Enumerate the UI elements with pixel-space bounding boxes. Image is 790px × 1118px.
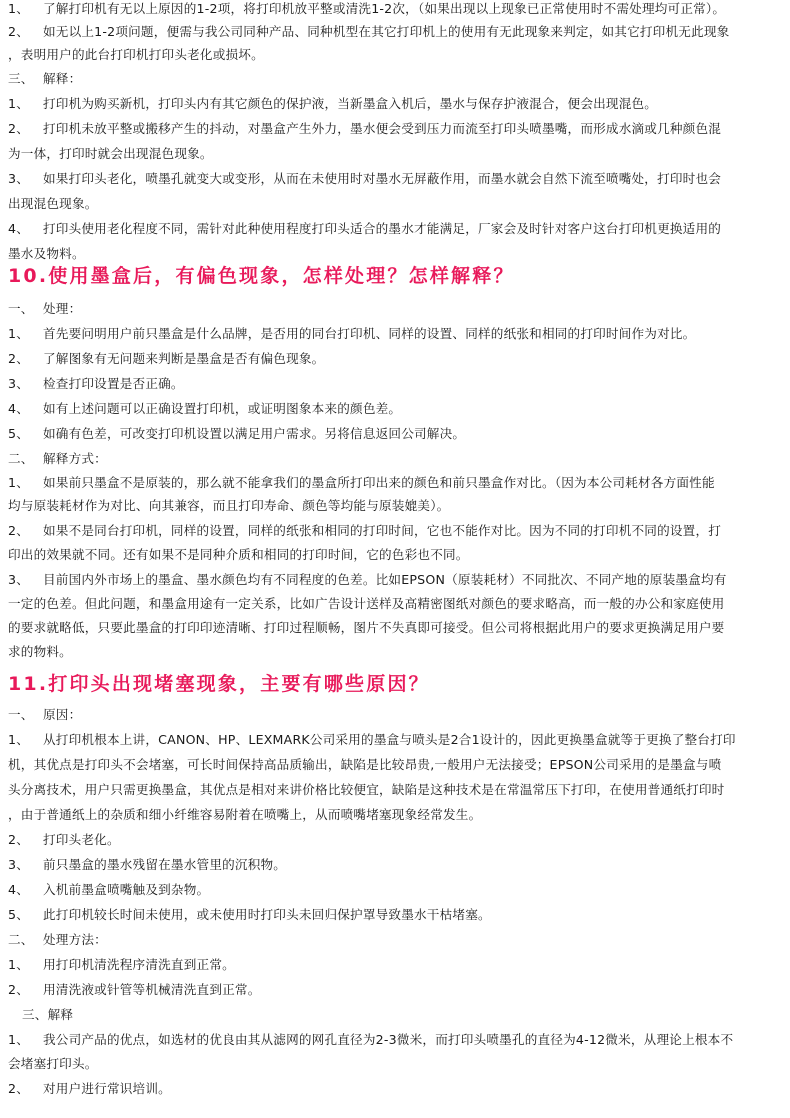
- section-label: 一、原因：: [8, 706, 782, 724]
- item-text: 用清洗液或针管等机械清洗直到正常。: [43, 982, 261, 997]
- item-number: 2、: [8, 981, 43, 999]
- item-number: 1、: [8, 956, 43, 974]
- item-text: 头分离技术，用户只需更换墨盒，其优点是相对来讲价格比较便宜，缺陷是这种技术是在常…: [8, 782, 724, 797]
- list-item: 2、用清洗液或针管等机械清洗直到正常。: [8, 981, 782, 999]
- item-text: ，表明用户的此台打印机打印头老化或损坏。: [8, 47, 264, 62]
- list-item: 1、我公司产品的优点，如选材的优良由其从滤网的网孔直径为2-3微米，而打印头喷墨…: [8, 1031, 782, 1049]
- item-text: 打印机未放平整或搬移产生的抖动，对墨盒产生外力，墨水便会受到压力而流至打印头喷墨…: [43, 121, 721, 136]
- item-number: 5、: [8, 906, 43, 924]
- list-item-continuation: 印出的效果就不同。还有如果不是同种介质和相同的打印时间，它的色彩也不同。: [8, 546, 782, 564]
- list-item: 2、如无以上1-2项问题，便需与我公司同种产品、同种机型在其它打印机上的使用有无…: [8, 23, 782, 41]
- document-page: 1、了解打印机有无以上原因的1-2项，将打印机放平整或清洗1-2次，（如果出现以…: [0, 0, 790, 1118]
- list-item-continuation: 会堵塞打印头。: [8, 1055, 782, 1073]
- item-text: 墨水及物料。: [8, 246, 85, 261]
- list-item-continuation: 求的物料。: [8, 643, 782, 661]
- item-text: 对用户进行常识培训。: [43, 1081, 171, 1096]
- list-item-continuation: 墨水及物料。: [8, 245, 782, 263]
- item-number: 4、: [8, 220, 43, 238]
- list-item: 1、从打印机根本上讲，CANON、HP、LEXMARK公司采用的墨盒与喷头是2合…: [8, 731, 782, 749]
- list-item-continuation: 机，其优点是打印头不会堵塞，可长时间保持高品质输出，缺陷是比较昂贵,一般用户无法…: [8, 756, 782, 774]
- item-text: 求的物料。: [8, 644, 72, 659]
- item-text: 目前国内外市场上的墨盒、墨水颜色均有不同程度的色差。比如EPSON（原装耗材）不…: [43, 572, 727, 587]
- item-text: 如有上述问题可以正确设置打印机，或证明图象本来的颜色差。: [43, 401, 401, 416]
- list-item: 4、如有上述问题可以正确设置打印机，或证明图象本来的颜色差。: [8, 400, 782, 418]
- item-text: 一定的色差。但此问题，和墨盒用途有一定关系，比如广告设计送样及高精密图纸对颜色的…: [8, 596, 724, 611]
- item-text: 解释: [48, 1007, 74, 1022]
- item-text: 我公司产品的优点，如选材的优良由其从滤网的网孔直径为2-3微米，而打印头喷墨孔的…: [43, 1032, 733, 1047]
- item-number: 4、: [8, 400, 43, 418]
- list-item: 1、打印机为购买新机，打印头内有其它颜色的保护液，当新墨盒入机后，墨水与保存护液…: [8, 95, 782, 113]
- section-heading-10: 10.使用墨盒后，有偏色现象，怎样处理？怎样解释？: [8, 263, 515, 289]
- item-text: 解释方式：: [43, 451, 107, 466]
- item-number: 二、: [8, 931, 43, 949]
- item-number: 3、: [8, 571, 43, 589]
- item-number: 2、: [8, 350, 43, 368]
- section-label: 二、处理方法：: [8, 931, 782, 949]
- item-number: 2、: [8, 23, 43, 41]
- list-item: 3、如果打印头老化，喷墨孔就变大或变形，从而在未使用时对墨水无屏蔽作用，而墨水就…: [8, 170, 782, 188]
- list-item: 3、目前国内外市场上的墨盒、墨水颜色均有不同程度的色差。比如EPSON（原装耗材…: [8, 571, 782, 589]
- item-text: 为一体，打印时就会出现混色现象。: [8, 146, 213, 161]
- list-item: 2、打印头老化。: [8, 831, 782, 849]
- list-item: 5、如确有色差，可改变打印机设置以满足用户需求。另将信息返回公司解决。: [8, 425, 782, 443]
- item-text: 打印机为购买新机，打印头内有其它颜色的保护液，当新墨盒入机后，墨水与保存护液混合…: [43, 96, 657, 111]
- item-number: 1、: [8, 474, 43, 492]
- item-number: 3、: [8, 375, 43, 393]
- list-item-continuation: 一定的色差。但此问题，和墨盒用途有一定关系，比如广告设计送样及高精密图纸对颜色的…: [8, 595, 782, 613]
- item-text: 入机前墨盒喷嘴触及到杂物。: [43, 882, 209, 897]
- item-number: 1、: [8, 95, 43, 113]
- list-item: 5、此打印机较长时间未使用，或未使用时打印头未回归保护罩导致墨水干枯堵塞。: [8, 906, 782, 924]
- item-number: 三、: [22, 1007, 48, 1022]
- list-item: 1、用打印机清洗程序清洗直到正常。: [8, 956, 782, 974]
- list-item: 3、前只墨盒的墨水残留在墨水管里的沉积物。: [8, 856, 782, 874]
- list-item: 2、对用户进行常识培训。: [8, 1080, 782, 1098]
- list-item: 2、如果不是同台打印机，同样的设置，同样的纸张和相同的打印时间，它也不能作对比。…: [8, 522, 782, 540]
- list-item: 1、如果前只墨盒不是原装的，那么就不能拿我们的墨盒所打印出来的颜色和前只墨盒作对…: [8, 474, 782, 492]
- item-text: 用打印机清洗程序清洗直到正常。: [43, 957, 235, 972]
- item-number: 2、: [8, 831, 43, 849]
- list-item: 3、检查打印设置是否正确。: [8, 375, 782, 393]
- item-text: 打印头使用老化程度不同，需针对此种使用程度打印头适合的墨水才能满足，厂家会及时针…: [43, 221, 721, 236]
- item-number: 1、: [8, 731, 43, 749]
- list-item-continuation: 头分离技术，用户只需更换墨盒，其优点是相对来讲价格比较便宜，缺陷是这种技术是在常…: [8, 781, 782, 799]
- list-item: 2、打印机未放平整或搬移产生的抖动，对墨盒产生外力，墨水便会受到压力而流至打印头…: [8, 120, 782, 138]
- item-text: 如果不是同台打印机，同样的设置，同样的纸张和相同的打印时间，它也不能作对比。因为…: [43, 523, 721, 538]
- item-number: 2、: [8, 1080, 43, 1098]
- list-item: 1、了解打印机有无以上原因的1-2项，将打印机放平整或清洗1-2次，（如果出现以…: [8, 0, 782, 18]
- list-item: 1、首先要问明用户前只墨盒是什么品牌，是否用的同台打印机、同样的设置、同样的纸张…: [8, 325, 782, 343]
- item-text: 的要求就略低，只要此墨盒的打印印迹清晰、打印过程顺畅，图片不失真即可接受。但公司…: [8, 620, 724, 635]
- item-text: 了解打印机有无以上原因的1-2项，将打印机放平整或清洗1-2次，（如果出现以上现…: [43, 1, 725, 16]
- item-text: 前只墨盒的墨水残留在墨水管里的沉积物。: [43, 857, 286, 872]
- list-item: 4、入机前墨盒喷嘴触及到杂物。: [8, 881, 782, 899]
- item-text: 从打印机根本上讲，CANON、HP、LEXMARK公司采用的墨盒与喷头是2合1设…: [43, 732, 736, 747]
- list-item-continuation: 的要求就略低，只要此墨盒的打印印迹清晰、打印过程顺畅，图片不失真即可接受。但公司…: [8, 619, 782, 637]
- item-text: 会堵塞打印头。: [8, 1056, 98, 1071]
- item-text: 处理：: [43, 301, 81, 316]
- item-number: 2、: [8, 522, 43, 540]
- item-number: 1、: [8, 1031, 43, 1049]
- item-number: 3、: [8, 856, 43, 874]
- item-text: 此打印机较长时间未使用，或未使用时打印头未回归保护罩导致墨水干枯堵塞。: [43, 907, 491, 922]
- item-number: 三、: [8, 70, 43, 88]
- list-item-continuation: ，表明用户的此台打印机打印头老化或损坏。: [8, 46, 782, 64]
- item-text: 如果打印头老化，喷墨孔就变大或变形，从而在未使用时对墨水无屏蔽作用，而墨水就会自…: [43, 171, 721, 186]
- item-text: 处理方法：: [43, 932, 107, 947]
- section-label: 一、处理：: [8, 300, 782, 318]
- item-text: 机，其优点是打印头不会堵塞，可长时间保持高品质输出，缺陷是比较昂贵,一般用户无法…: [8, 757, 721, 772]
- item-text: 首先要问明用户前只墨盒是什么品牌，是否用的同台打印机、同样的设置、同样的纸张和相…: [43, 326, 695, 341]
- item-number: 1、: [8, 325, 43, 343]
- item-text: 了解图象有无问题来判断是墨盒是否有偏色现象。: [43, 351, 324, 366]
- item-number: 一、: [8, 706, 43, 724]
- item-text: 如果前只墨盒不是原装的，那么就不能拿我们的墨盒所打印出来的颜色和前只墨盒作对比。…: [43, 475, 715, 490]
- section-label: 三、解释: [8, 1006, 782, 1024]
- item-text: 印出的效果就不同。还有如果不是同种介质和相同的打印时间，它的色彩也不同。: [8, 547, 469, 562]
- list-item-continuation: 为一体，打印时就会出现混色现象。: [8, 145, 782, 163]
- section-label: 三、解释：: [8, 70, 782, 88]
- list-item: 4、打印头使用老化程度不同，需针对此种使用程度打印头适合的墨水才能满足，厂家会及…: [8, 220, 782, 238]
- item-text: 如无以上1-2项问题，便需与我公司同种产品、同种机型在其它打印机上的使用有无此现…: [43, 24, 729, 39]
- item-text: 均与原装耗材作为对比、向其兼容，而且打印寿命、颜色等均能与原装媲美）。: [8, 498, 449, 513]
- item-number: 4、: [8, 881, 43, 899]
- item-text: 原因：: [43, 707, 81, 722]
- item-text: 如确有色差，可改变打印机设置以满足用户需求。另将信息返回公司解决。: [43, 426, 465, 441]
- list-item-continuation: 均与原装耗材作为对比、向其兼容，而且打印寿命、颜色等均能与原装媲美）。: [8, 497, 782, 515]
- list-item-continuation: 出现混色现象。: [8, 195, 782, 213]
- item-number: 一、: [8, 300, 43, 318]
- section-label: 二、解释方式：: [8, 450, 782, 468]
- item-text: 检查打印设置是否正确。: [43, 376, 184, 391]
- item-text: 打印头老化。: [43, 832, 120, 847]
- item-number: 3、: [8, 170, 43, 188]
- item-number: 2、: [8, 120, 43, 138]
- item-text: 解释：: [43, 71, 81, 86]
- list-item: 2、了解图象有无问题来判断是墨盒是否有偏色现象。: [8, 350, 782, 368]
- list-item-continuation: ，由于普通纸上的杂质和细小纤维容易附着在喷嘴上，从而喷嘴堵塞现象经常发生。: [8, 806, 782, 824]
- item-number: 5、: [8, 425, 43, 443]
- item-text: 出现混色现象。: [8, 196, 98, 211]
- section-heading-11: 11.打印头出现堵塞现象，主要有哪些原因？: [8, 671, 430, 697]
- item-text: ，由于普通纸上的杂质和细小纤维容易附着在喷嘴上，从而喷嘴堵塞现象经常发生。: [8, 807, 481, 822]
- item-number: 1、: [8, 0, 43, 18]
- item-number: 二、: [8, 450, 43, 468]
